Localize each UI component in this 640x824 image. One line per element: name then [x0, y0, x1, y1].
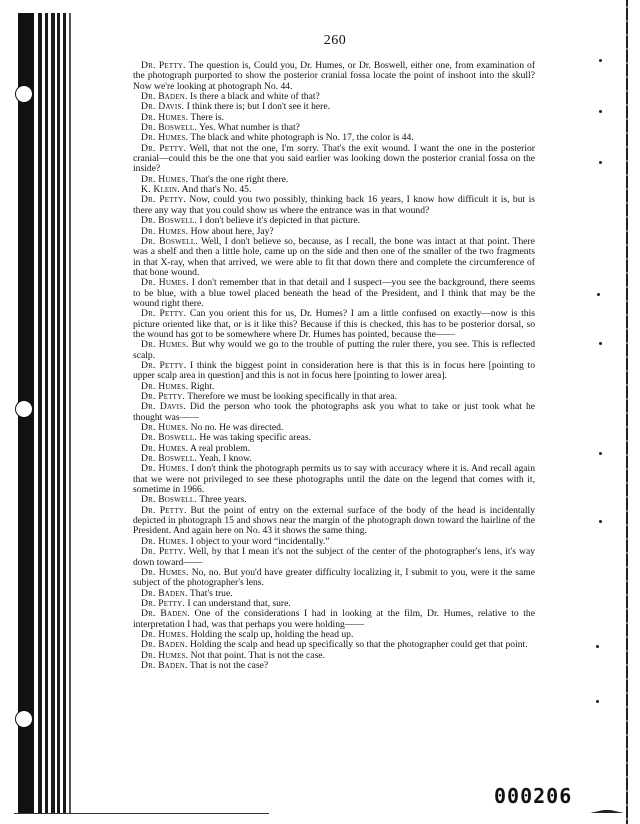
- speaker-statement: Holding the scalp up, holding the head u…: [191, 629, 354, 640]
- speaker-name: Dr. Humes.: [141, 132, 188, 143]
- speaker-statement: The black and white photograph is No. 17…: [190, 132, 413, 143]
- scan-speck: [599, 520, 602, 523]
- speaker-name: Dr. Baden.: [141, 639, 188, 650]
- speaker-statement: Yeah. I know.: [199, 453, 252, 464]
- speaker-name: Dr. Boswell.: [141, 122, 197, 133]
- speaker-statement: One of the considerations I had in looki…: [133, 608, 535, 629]
- speaker-name: Dr. Humes.: [141, 339, 189, 350]
- page-edge-stripe: [51, 13, 55, 813]
- transcript-paragraph: Dr. Humes. I don't remember that in that…: [133, 278, 535, 309]
- page-bottom-edge: [14, 813, 269, 814]
- speaker-statement: I don't believe it's depicted in that pi…: [199, 215, 360, 226]
- speaker-name: Dr. Petty.: [141, 598, 185, 609]
- speaker-statement: Therefore we must be looking specificall…: [187, 391, 397, 402]
- speaker-statement: Can you orient this for us, Dr. Humes? I…: [133, 308, 535, 340]
- transcript-paragraph: Dr. Petty. The question is, Could you, D…: [133, 61, 535, 92]
- speaker-name: Dr. Humes.: [141, 422, 188, 433]
- speaker-name: Dr. Baden.: [141, 660, 188, 671]
- transcript-paragraph: Dr. Boswell. Well, I don't believe so, b…: [133, 237, 535, 278]
- transcript-paragraph: Dr. Petty. Well, by that I mean it's not…: [133, 547, 535, 568]
- speaker-name: Dr. Humes.: [141, 463, 188, 474]
- page-number: 260: [0, 33, 640, 49]
- speaker-name: Dr. Baden.: [141, 91, 188, 102]
- speaker-name: Dr. Petty.: [141, 360, 186, 371]
- speaker-name: Dr. Boswell.: [141, 432, 197, 443]
- speaker-name: Dr. Humes.: [141, 443, 188, 454]
- transcript-paragraph: Dr. Humes. No, no. But you'd have greate…: [133, 568, 535, 589]
- transcript-paragraph: Dr. Humes. I don't think the photograph …: [133, 464, 535, 495]
- speaker-statement: I don't think the photograph permits us …: [133, 463, 535, 495]
- speaker-statement: How about here, Jay?: [191, 226, 274, 237]
- speaker-statement: Now, could you two possibly, thinking ba…: [133, 194, 535, 215]
- page-edge-stripe: [45, 13, 48, 813]
- speaker-statement: The question is, Could you, Dr. Humes, o…: [133, 60, 535, 92]
- scan-speck: [599, 342, 602, 345]
- transcript-body: Dr. Petty. The question is, Could you, D…: [133, 61, 535, 671]
- page-edge-stripe: [69, 13, 71, 813]
- speaker-statement: Did the person who took the photographs …: [133, 401, 535, 422]
- page-edge-stripe: [57, 13, 60, 813]
- speaker-statement: He was taking specific areas.: [199, 432, 311, 443]
- speaker-name: Dr. Boswell.: [141, 215, 197, 226]
- speaker-name: Dr. Humes.: [141, 536, 188, 547]
- speaker-statement: I can understand that, sure.: [187, 598, 290, 609]
- speaker-name: Dr. Petty.: [141, 505, 187, 516]
- speaker-name: Dr. Humes.: [141, 567, 189, 578]
- speaker-statement: Well, by that I mean it's not the subjec…: [133, 546, 535, 567]
- speaker-statement: I think the biggest point in considerati…: [133, 360, 535, 381]
- scan-speck: [599, 161, 602, 164]
- speaker-statement: I think there is; but I don't see it her…: [187, 101, 330, 112]
- speaker-name: K. Klein.: [141, 184, 180, 195]
- speaker-statement: And that's No. 45.: [182, 184, 252, 195]
- page-edge-stripe: [38, 13, 42, 813]
- speaker-statement: Yes. What number is that?: [199, 122, 300, 133]
- binder-ring-hole: [15, 710, 33, 728]
- speaker-name: Dr. Davis.: [141, 101, 184, 112]
- speaker-name: Dr. Humes.: [141, 381, 188, 392]
- transcript-paragraph: Dr. Humes. But why would we go to the tr…: [133, 340, 535, 361]
- speaker-name: Dr. Petty.: [141, 60, 186, 71]
- speaker-statement: Three years.: [199, 494, 246, 505]
- speaker-name: Dr. Boswell.: [141, 453, 197, 464]
- speaker-statement: No, no. But you'd have greater difficult…: [133, 567, 535, 588]
- page-edge-stripe: [63, 13, 66, 813]
- scan-speck: [596, 700, 599, 703]
- transcript-paragraph: Dr. Petty. I think the biggest point in …: [133, 361, 535, 382]
- speaker-statement: But the point of entry on the external s…: [133, 505, 535, 537]
- speaker-name: Dr. Petty.: [141, 143, 186, 154]
- speaker-name: Dr. Petty.: [141, 546, 186, 557]
- speaker-name: Dr. Petty.: [141, 194, 186, 205]
- scan-speck: [597, 293, 600, 296]
- transcript-paragraph: Dr. Petty. Now, could you two possibly, …: [133, 195, 535, 216]
- binder-ring-hole: [15, 400, 33, 418]
- scan-speck: [596, 645, 599, 648]
- speaker-name: Dr. Humes.: [141, 226, 188, 237]
- speaker-name: Dr. Humes.: [141, 112, 188, 123]
- speaker-statement: A real problem.: [190, 443, 250, 454]
- page-corner-mark: [590, 810, 624, 813]
- scan-speck: [599, 110, 602, 113]
- speaker-statement: Holding the scalp and head up specifical…: [190, 639, 528, 650]
- transcript-paragraph: Dr. Davis. Did the person who took the p…: [133, 402, 535, 423]
- speaker-name: Dr. Baden.: [141, 608, 190, 619]
- speaker-statement: But why would we go to the trouble of pu…: [133, 339, 535, 360]
- speaker-statement: Right.: [191, 381, 215, 392]
- bates-stamp-number: 000206: [494, 784, 572, 808]
- speaker-statement: I don't remember that in that detail and…: [133, 277, 535, 309]
- speaker-statement: There is.: [190, 112, 224, 123]
- speaker-statement: Not that point. That is not the case.: [191, 650, 325, 661]
- transcript-paragraph: Dr. Baden. One of the considerations I h…: [133, 609, 535, 630]
- speaker-statement: That's true.: [190, 588, 233, 599]
- speaker-statement: That's the one right there.: [190, 174, 288, 185]
- speaker-statement: Well, that not the one, I'm sorry. That'…: [133, 143, 535, 175]
- speaker-statement: I object to your word “incidentally.”: [191, 536, 330, 547]
- binder-ring-hole: [15, 85, 33, 103]
- page-right-edge: [626, 0, 628, 824]
- speaker-statement: Is there a black and white of that?: [190, 91, 320, 102]
- transcript-paragraph: Dr. Petty. Well, that not the one, I'm s…: [133, 144, 535, 175]
- speaker-name: Dr. Humes.: [141, 629, 188, 640]
- speaker-name: Dr. Petty.: [141, 308, 186, 319]
- transcript-paragraph: Dr. Petty. But the point of entry on the…: [133, 506, 535, 537]
- speaker-name: Dr. Humes.: [141, 277, 189, 288]
- speaker-statement: That is not the case?: [190, 660, 268, 671]
- speaker-name: Dr. Humes.: [141, 650, 188, 661]
- speaker-name: Dr. Humes.: [141, 174, 188, 185]
- scan-speck: [599, 59, 602, 62]
- transcript-paragraph: Dr. Baden. That is not the case?: [133, 661, 535, 671]
- speaker-name: Dr. Boswell.: [141, 494, 197, 505]
- speaker-statement: No no. He was directed.: [191, 422, 284, 433]
- speaker-name: Dr. Petty.: [141, 391, 185, 402]
- speaker-name: Dr. Davis.: [141, 401, 186, 412]
- transcript-paragraph: Dr. Petty. Can you orient this for us, D…: [133, 309, 535, 340]
- speaker-name: Dr. Boswell.: [141, 236, 198, 247]
- scan-speck: [599, 452, 602, 455]
- speaker-name: Dr. Baden.: [141, 588, 188, 599]
- binder-edge: [18, 13, 74, 813]
